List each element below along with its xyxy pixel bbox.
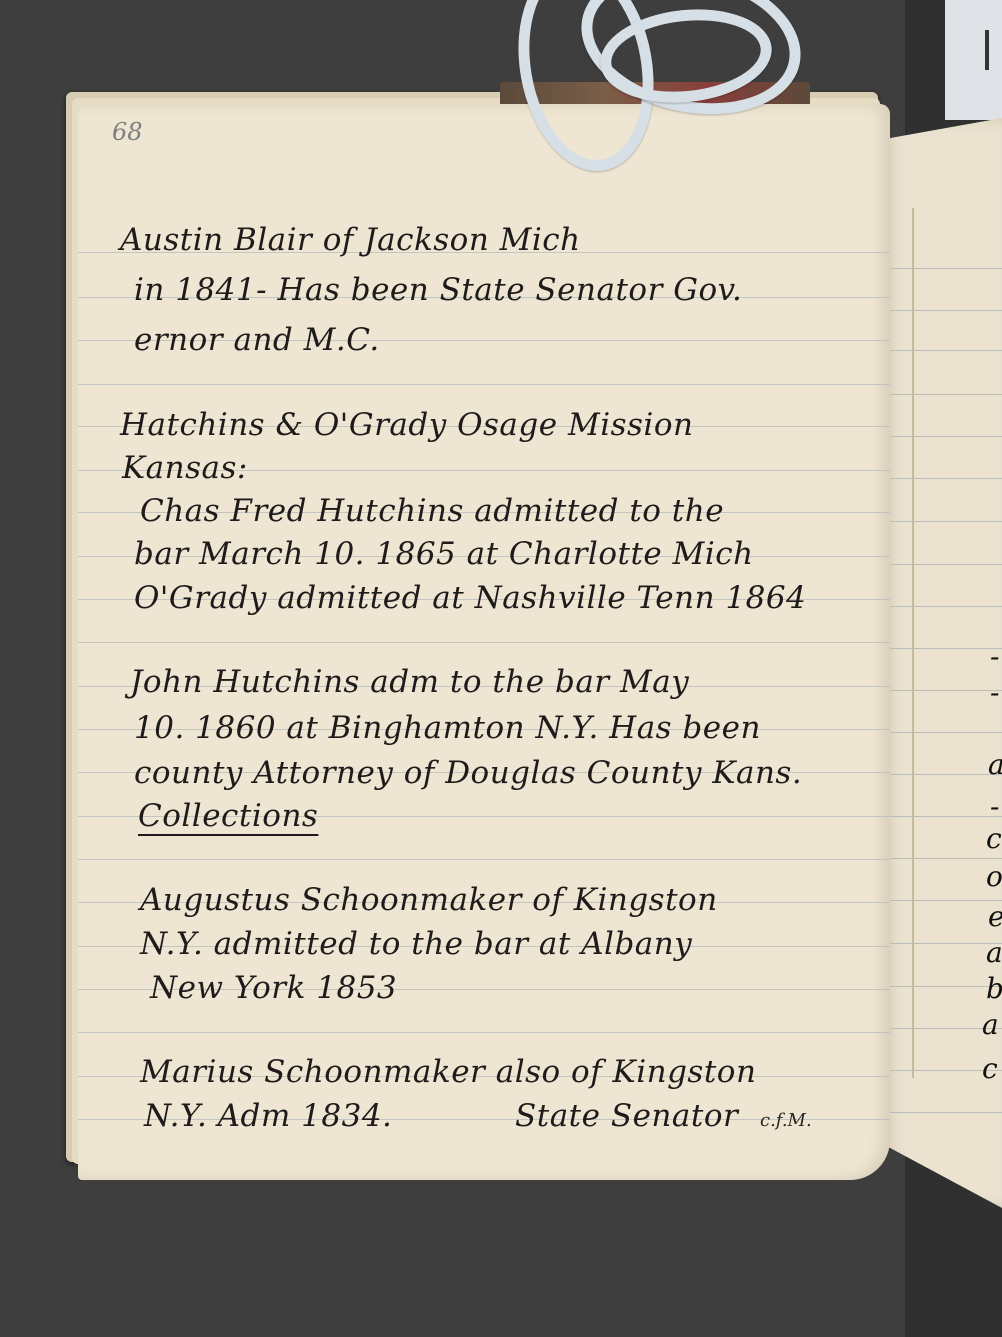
entry-line: county Attorney of Douglas County Kans. xyxy=(134,755,802,791)
right-page-fragment: a xyxy=(982,1008,999,1041)
entry-line: N.Y. admitted to the bar at Albany xyxy=(140,926,692,962)
entry-line: Augustus Schoonmaker of Kingston xyxy=(140,882,718,918)
right-page-fragment: - xyxy=(990,676,999,709)
entry-line: bar March 10. 1865 at Charlotte Mich xyxy=(134,536,754,572)
right-page-fragment: b xyxy=(986,972,1002,1005)
right-page-fragment: a xyxy=(986,936,1002,969)
right-page-fragment: - xyxy=(990,640,999,673)
entry-line: John Hutchins adm to the bar May xyxy=(130,664,689,700)
entry-line: Hatchins & O'Grady Osage Mission xyxy=(120,407,693,443)
entry-line: Austin Blair of Jackson Mich xyxy=(120,222,581,258)
entry-line: N.Y. Adm 1834. xyxy=(144,1098,392,1134)
entry-line: Kansas: xyxy=(122,450,248,486)
section-heading-collections: Collections xyxy=(138,798,318,834)
left-page xyxy=(78,104,890,1180)
document-corner-mark xyxy=(985,30,989,70)
page-number: 68 xyxy=(112,118,143,146)
entry-line: O'Grady admitted at Nashville Tenn 1864 xyxy=(134,580,806,616)
right-page-fragment: e xyxy=(988,900,1002,933)
right-page-fragment: c xyxy=(982,1052,998,1085)
entry-line: State Senator xyxy=(515,1098,738,1134)
entry-line: 10. 1860 at Binghamton N.Y. Has been xyxy=(134,710,761,746)
entry-line: in 1841- Has been State Senator Gov. xyxy=(134,272,742,308)
right-page-fragment: o xyxy=(986,860,1002,893)
right-page-fragment: a xyxy=(988,748,1002,781)
annotation-initials: c.f.M. xyxy=(760,1110,812,1131)
background-document-corner xyxy=(945,0,1002,120)
entry-line: Chas Fred Hutchins admitted to the xyxy=(140,493,724,529)
right-page-fragment: c xyxy=(986,822,1002,855)
right-page-fragment: - xyxy=(990,790,999,823)
entry-line: ernor and M.C. xyxy=(134,322,380,358)
page-gutter xyxy=(912,208,914,1078)
entry-line: New York 1853 xyxy=(150,970,397,1006)
entry-line: Marius Schoonmaker also of Kingston xyxy=(140,1054,756,1090)
right-page xyxy=(880,118,1002,1208)
